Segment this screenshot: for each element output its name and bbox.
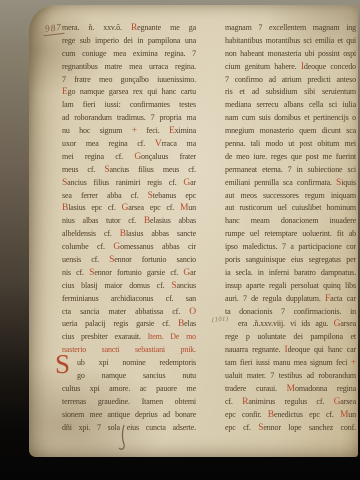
ink-text: nam cum suis domibus et pertinencijs o: [225, 113, 356, 122]
gutter-archival-note: (101): [212, 315, 229, 323]
text-line: nauarra regnante. Ideoque qui hanc car: [225, 344, 356, 357]
text-line: nasterio sancti sebastiani pnik.: [62, 344, 196, 357]
ink-text: era .ñ.xxv.viij. vi ids agu.: [238, 319, 334, 328]
ink-text: elasius abbas: [150, 216, 196, 225]
text-line: regnantibus matre mea urraca regina.: [62, 61, 196, 74]
ink-text: cf.: [225, 397, 242, 406]
text-line: penna. tali modo ut post obitum mei: [225, 138, 356, 151]
ink-text: terrenas grauedine. Itamen obtemi: [62, 397, 196, 406]
text-line: habitantibus morantibus sci emilia et qu…: [225, 35, 356, 48]
text-line: ris et ad subsidium sibi seruientum: [225, 86, 356, 99]
ink-text: cius presbiter exarauit.: [62, 332, 148, 341]
ink-text: lasius epc cf.: [68, 203, 121, 212]
ink-text: un: [188, 203, 196, 212]
ink-text: cium genitum habere.: [225, 62, 301, 71]
text-line: hanc meam donacionem inuadere: [225, 215, 356, 228]
text-line: dñi xpi. 7 sola eius cuncta adserte.: [62, 422, 196, 435]
ink-text: iquis: [341, 178, 356, 187]
ink-text: auri. 7 de regula dupplatum.: [225, 294, 325, 303]
rubric-text: O: [189, 307, 196, 317]
ink-text: mnegium monasterio quem dicunt sca: [225, 126, 356, 135]
text-line: Ego namque garsea rex qui hanc cartu: [62, 86, 196, 99]
ink-text: elas: [184, 319, 196, 328]
ink-text: mei regina cf.: [62, 152, 134, 161]
ink-text: arsea epc cf.: [128, 203, 180, 212]
text-line: meus cf. Sancius filius meus cf.: [62, 164, 196, 177]
text-line: cultus xpi amore. ac pauore me: [62, 383, 196, 396]
text-line: auri. 7 de regula dupplatum. Facta car: [225, 293, 356, 306]
ink-text: go namque garsea rex qui hanc cartu: [68, 87, 196, 96]
ink-text: regnantibus matre mea urraca regina.: [62, 62, 196, 71]
ink-text: ipso maledictus. 7 a participacione cor: [225, 242, 356, 251]
ink-text: ennor fortunio garsie cf.: [94, 268, 183, 277]
text-line: rege p uoluntate dei pampilona et: [225, 331, 356, 344]
text-line: mnegium monasterio quem dicunt sca: [225, 125, 356, 138]
text-line: lam fieri iussi: confirmantes testes: [62, 99, 196, 112]
text-line: go namque sancius nutu: [62, 370, 196, 383]
rubric-text: V: [155, 139, 162, 149]
text-line: emiliani pennilla sca confirmata. Siquis: [225, 177, 356, 190]
ink-text: deoque concedo: [304, 62, 356, 71]
text-line: sionem mee antique deprius ad bonare: [62, 409, 196, 422]
text-line: sea ferrer abba cf. Stebanus epc: [62, 190, 196, 203]
text-line: ad roborandum tradimus. 7 propria ma: [62, 112, 196, 125]
ink-text: ferminianus archidiaconus cf. san: [62, 294, 196, 303]
ink-text: ia secla. in inferni baratro dampnatus.: [225, 268, 356, 277]
ink-text: meus cf.: [62, 165, 104, 174]
ink-text: nius albas tutor cf.: [62, 216, 144, 225]
text-line: Blasius epc cf. Garsea epc cf. Mun: [62, 202, 196, 215]
text-line: aut rusticorum uel cuiuslibet hominum: [225, 202, 356, 215]
ink-text: albeldensis cf.: [62, 229, 120, 238]
rubric-text: +: [351, 358, 356, 368]
text-line: permaneat eterna. 7 in subiectione sci: [225, 164, 356, 177]
text-line: de meo iure. reges que post me fuerint: [225, 151, 356, 164]
ink-text: poris sanguinisque eius segregatus per: [225, 255, 356, 264]
text-line: ia secla. in inferni baratro dampnatus.: [225, 267, 356, 280]
ink-text: ancius: [176, 281, 196, 290]
text-line: albeldensis cf. Blasius abbas sancte: [62, 228, 196, 241]
ink-text: aut meos successores regum iniquam: [225, 191, 356, 200]
ink-text: ualuit mater. 7 testibus ad roborandum: [225, 371, 356, 380]
ink-text: ennor lope sanchez conf.: [263, 423, 356, 432]
text-line: cum coniuge mea eximina regina. 7: [62, 48, 196, 61]
ink-text: 7 confirmo ad atrium predicti anteso: [225, 75, 356, 84]
ink-text: tebanus epc: [153, 191, 196, 200]
ink-text: cum coniuge mea eximina regina. 7: [62, 49, 196, 58]
ink-text: arsea: [340, 397, 356, 406]
text-line: tam fieri iussi manu mea signum feci +: [225, 357, 356, 370]
ink-text: permaneat eterna. 7 in subiectione sci: [225, 165, 356, 174]
ink-text: ancius filius ranimiri regis cf.: [67, 178, 183, 187]
text-line: poris sanguinisque eius segregatus per: [225, 254, 356, 267]
text-line: epc cf. Sennor lope sanchez conf.: [225, 422, 356, 435]
ink-text: sionem mee antique deprius ad bonare: [62, 410, 196, 419]
ink-text: feci.: [137, 126, 169, 135]
text-line: 7 confirmo ad atrium predicti anteso: [225, 74, 356, 87]
ink-text: nis cf.: [62, 268, 89, 277]
text-line: ipso maledictus. 7 a participacione cor: [225, 241, 356, 254]
text-line: uxor mea regina cf. Vrraca ma: [62, 138, 196, 151]
text-line: nius albas tutor cf. Belasius abbas: [62, 215, 196, 228]
ink-text: ueria palacij regis garsie cf.: [62, 319, 178, 328]
text-line: cf. Ranimirus regulus cf. Garsea: [225, 396, 356, 409]
ink-text: mediana serrecu albans cella sci iulia: [225, 100, 356, 109]
ink-text: non habeant monasteria ubi possint ospi: [225, 49, 356, 58]
ink-text: de meo iure. reges que post me fuerint: [225, 152, 356, 161]
ink-text: animirus regulus cf.: [248, 397, 333, 406]
ink-text: cta sancia mater abbatissa cf.: [62, 307, 189, 316]
text-line: insup aparte regali persoluat quinq libs: [225, 280, 356, 293]
text-line: ualuit mater. 7 testibus ad roborandum: [225, 370, 356, 383]
parchment-page: 987 mera. ñ. xxv.ō. Regnante me garege s…: [29, 5, 358, 457]
ink-text: uxor mea regina cf.: [62, 139, 155, 148]
text-line: mera. ñ. xxv.ō. Regnante me ga: [62, 22, 196, 35]
text-line: tradere curaui. Momadonna regina: [225, 383, 356, 396]
text-line: non habeant monasteria ubi possint ospi: [225, 48, 356, 61]
ink-text: deoque qui hanc car: [288, 345, 356, 354]
ink-text: nauarra regnante.: [225, 345, 285, 354]
ink-text: cultus xpi amore. ac pauore me: [62, 384, 196, 393]
ink-text: ennor fortunio sancio: [114, 255, 196, 264]
quire-mark-flourish: [117, 424, 129, 452]
dropcap-initial: S: [55, 352, 70, 376]
ink-text: rege sub imperio dei in pampilona una: [62, 36, 196, 45]
text-line: ta donacionis 7 confirmacionis. in: [225, 306, 356, 319]
text-line: cius blasij maior domus cf. Sancius: [62, 280, 196, 293]
right-text-column: magnam 7 excellentem magnam inghabitanti…: [225, 22, 356, 435]
ink-text: rraca ma: [162, 139, 196, 148]
ink-text: un: [348, 410, 356, 419]
ink-text: go namque sancius nutu: [77, 371, 196, 380]
text-line: cius presbiter exarauit. Item. De mo: [62, 331, 196, 344]
ink-text: tradere curaui.: [225, 384, 287, 393]
text-line: magnam 7 excellentem magnam ing: [225, 22, 356, 35]
ink-text: hanc meam donacionem inuadere: [225, 216, 356, 225]
text-line: ueria palacij regis garsie cf. Belas: [62, 318, 196, 331]
ink-text: rege p uoluntate dei pampilona et: [225, 332, 356, 341]
ink-text: acta car: [330, 294, 356, 303]
ink-text: ar: [190, 178, 196, 187]
ink-text: epc cf.: [225, 423, 258, 432]
left-text-column: mera. ñ. xxv.ō. Regnante me garege sub i…: [62, 22, 196, 435]
ink-text: tam fieri iussi manu mea signum feci: [225, 358, 351, 367]
text-line: nu hoc signum + feci. Eximina: [62, 125, 196, 138]
ink-text: nu hoc signum: [62, 126, 132, 135]
ink-text: mera. ñ. xxv.ō.: [62, 23, 131, 32]
text-line: ub xpi nomine redemptoris: [62, 357, 196, 370]
ink-text: lasius abbas sancte: [126, 229, 196, 238]
text-line: aut meos successores regum iniquam: [225, 190, 356, 203]
ink-text: omadonna regina: [295, 384, 356, 393]
text-line: Sancius filius ranimiri regis cf. Gar: [62, 177, 196, 190]
text-line: 7 fratre meo gonçalbo iuuenissimo.: [62, 74, 196, 87]
ink-text: columbe cf.: [62, 242, 113, 251]
ink-text: ub xpi nomine redemptoris: [77, 358, 196, 367]
text-line: mediana serrecu albans cella sci iulia: [225, 99, 356, 112]
ink-text: magnam 7 excellentem magnam ing: [225, 23, 356, 32]
rubric-text: M: [287, 384, 295, 394]
ink-text: uensis cf.: [62, 255, 109, 264]
text-line: rege sub imperio dei in pampilona una: [62, 35, 196, 48]
text-line: epc confir. Benedictus epc cf. Mun: [225, 409, 356, 422]
ink-text: egnante me ga: [137, 23, 196, 32]
ink-text: ad roborandum tradimus. 7 propria ma: [62, 113, 196, 122]
ink-text: arsea: [340, 319, 356, 328]
ink-text: aut rusticorum uel cuiuslibet hominum: [225, 203, 356, 212]
text-line: columbe cf. Gomessanus abbas cir: [62, 241, 196, 254]
ink-text: cius blasij maior domus cf.: [62, 281, 171, 290]
ink-text: dñi xpi. 7 sola eius cuncta adserte.: [62, 423, 196, 432]
ink-text: sea ferrer abba cf.: [62, 191, 148, 200]
ink-text: ancius filius meus cf.: [109, 165, 196, 174]
text-line: mei regina cf. Gonçaluus frater: [62, 151, 196, 164]
ink-text: ris et ad subsidium sibi seruientum: [225, 87, 356, 96]
manuscript-photo: 987 mera. ñ. xxv.ō. Regnante me garege s…: [0, 0, 360, 480]
text-line: uensis cf. Sennor fortunio sancio: [62, 254, 196, 267]
text-line: terrenas grauedine. Itamen obtemi: [62, 396, 196, 409]
ink-text: epc confir.: [225, 410, 268, 419]
text-line: era .ñ.xxv.viij. vi ids agu. Garsea: [225, 318, 356, 331]
rubric-text: Item. De mo: [148, 332, 196, 341]
text-line: nam cum suis domibus et pertinencijs o: [225, 112, 356, 125]
text-line: cta sancia mater abbatissa cf. O: [62, 306, 196, 319]
ink-text: onçaluus frater: [141, 152, 196, 161]
ink-text: rumpe uel retemptare uoluerint. fit ab: [225, 229, 356, 238]
ink-text: enedictus epc cf.: [274, 410, 340, 419]
text-line: ferminianus archidiaconus cf. san: [62, 293, 196, 306]
ink-text: omessanus abbas cir: [120, 242, 196, 251]
text-line: rumpe uel retemptare uoluerint. fit ab: [225, 228, 356, 241]
ink-text: lam fieri iussi: confirmantes testes: [62, 100, 196, 109]
ink-text: insup aparte regali persoluat quinq libs: [225, 281, 356, 290]
text-line: cium genitum habere. Ideoque concedo: [225, 61, 356, 74]
text-line: nis cf. Sennor fortunio garsie cf. Gar: [62, 267, 196, 280]
ink-text: ximina: [175, 126, 196, 135]
ink-text: habitantibus morantibus sci emilia et qu…: [225, 36, 356, 45]
ink-text: ar: [190, 268, 196, 277]
ink-text: ta donacionis 7 confirmacionis. in: [225, 307, 356, 316]
rubric-text: nasterio sancti sebastiani pnik.: [62, 345, 196, 354]
ink-text: emiliani pennilla sca confirmata.: [225, 178, 336, 187]
ink-text: penna. tali modo ut post obitum mei: [225, 139, 356, 148]
ink-text: 7 fratre meo gonçalbo iuuenissimo.: [62, 75, 196, 84]
